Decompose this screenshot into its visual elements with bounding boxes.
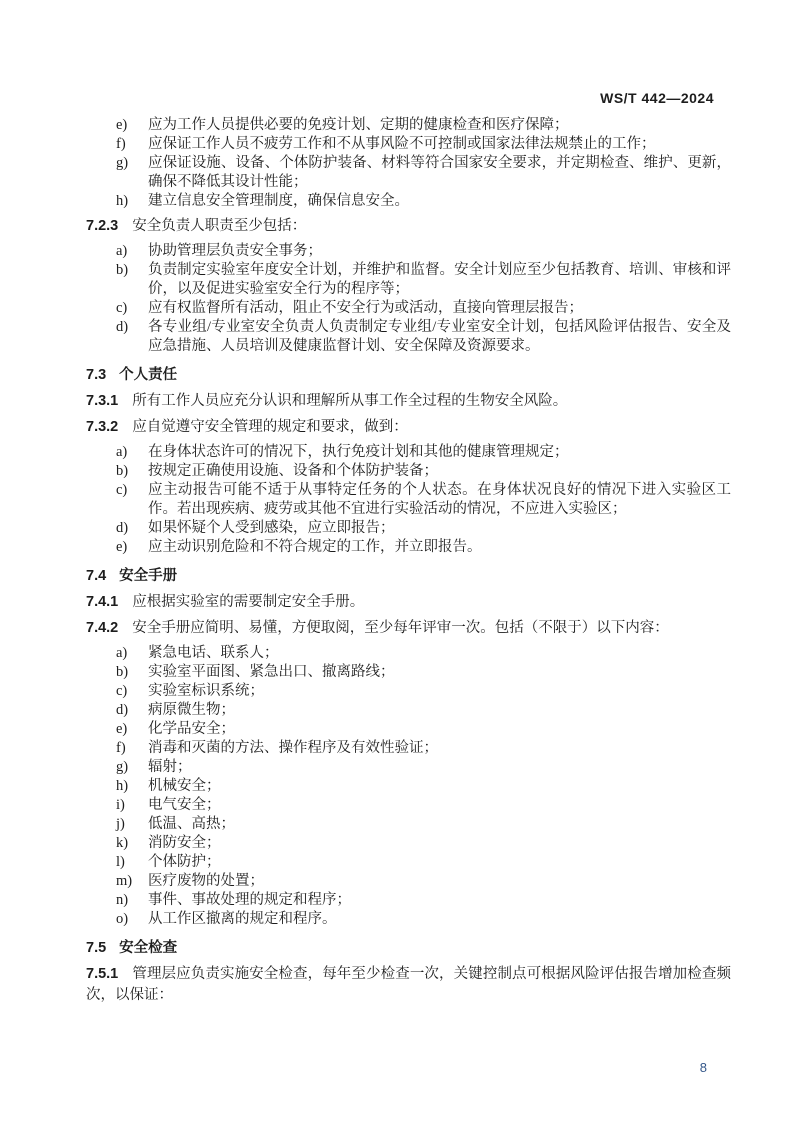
clause-number: 7.3.2 <box>86 417 118 438</box>
list-item-text: 病原微生物； <box>148 702 235 718</box>
clause-number: 7.4.2 <box>86 618 118 639</box>
list-item-label: c) <box>116 481 127 500</box>
list-item-label: h) <box>116 192 128 211</box>
list-item-text: 电气安全； <box>148 797 221 813</box>
list-item-text: 事件、事故处理的规定和程序； <box>148 892 351 908</box>
lettered-list: e)应为工作人员提供必要的免疫计划、定期的健康检查和医疗保障；f)应保证工作人员… <box>86 116 731 211</box>
clause-paragraph: 7.4.2安全手册应简明、易懂，方便取阅，至少每年评审一次。包括（不限于）以下内… <box>86 618 731 639</box>
list-item: b)实验室平面图、紧急出口、撤离路线； <box>86 663 731 682</box>
list-item-label: b) <box>116 462 128 481</box>
list-item-text: 协助管理层负责安全事务； <box>148 243 322 259</box>
list-item-text: 应主动报告可能不适于从事特定任务的个人状态。在身体状况良好的情况下进入实验区工作… <box>148 482 731 517</box>
list-item: e)应为工作人员提供必要的免疫计划、定期的健康检查和医疗保障； <box>86 116 731 135</box>
clause-paragraph: 7.3.1所有工作人员应充分认识和理解所从事工作全过程的生物安全风险。 <box>86 391 731 412</box>
list-item-label: e) <box>116 720 127 739</box>
clause-text: 应根据实验室的需要制定安全手册。 <box>132 594 364 610</box>
list-item-text: 负责制定实验室年度安全计划，并维护和监督。安全计划应至少包括教育、培训、审核和评… <box>148 262 731 297</box>
lettered-list: a)紧急电话、联系人；b)实验室平面图、紧急出口、撤离路线；c)实验室标识系统；… <box>86 644 731 929</box>
list-item-text: 建立信息安全管理制度，确保信息安全。 <box>148 193 409 209</box>
clause-text: 应自觉遵守安全管理的规定和要求，做到： <box>132 419 408 435</box>
list-item-label: i) <box>116 796 125 815</box>
section-heading: 7.4安全手册 <box>86 566 731 587</box>
list-item: d)如果怀疑个人受到感染，应立即报告； <box>86 519 731 538</box>
section-heading: 7.3个人责任 <box>86 365 731 386</box>
section-title: 安全检查 <box>119 940 177 956</box>
clause-number: 7.3.1 <box>86 391 118 412</box>
document-page: WS/T 442—2024 e)应为工作人员提供必要的免疫计划、定期的健康检查和… <box>0 0 793 1122</box>
clause-number: 7.5.1 <box>86 964 118 985</box>
list-item: f)应保证工作人员不疲劳工作和不从事风险不可控制或国家法律法规禁止的工作； <box>86 135 731 154</box>
list-item: d)各专业组/专业室安全负责人负责制定专业组/专业室安全计划，包括风险评估报告、… <box>86 318 731 356</box>
list-item: g)辐射； <box>86 758 731 777</box>
list-item: m)医疗废物的处置； <box>86 872 731 891</box>
list-item: i)电气安全； <box>86 796 731 815</box>
list-item-text: 按规定正确使用设施、设备和个体防护装备； <box>148 463 438 479</box>
list-item-text: 辐射； <box>148 759 192 775</box>
list-item-text: 紧急电话、联系人； <box>148 645 279 661</box>
list-item-label: c) <box>116 682 127 701</box>
list-item-text: 应有权监督所有活动，阻止不安全行为或活动，直接向管理层报告； <box>148 300 583 316</box>
list-item-text: 从工作区撤离的规定和程序。 <box>148 911 337 927</box>
list-item-text: 机械安全； <box>148 778 221 794</box>
list-item-text: 各专业组/专业室安全负责人负责制定专业组/专业室安全计划，包括风险评估报告、安全… <box>148 319 731 354</box>
list-item: h)建立信息安全管理制度，确保信息安全。 <box>86 192 731 211</box>
section-heading: 7.5安全检查 <box>86 938 731 959</box>
list-item-label: l) <box>116 853 125 872</box>
document-body: e)应为工作人员提供必要的免疫计划、定期的健康检查和医疗保障；f)应保证工作人员… <box>86 116 731 1011</box>
clause-text: 所有工作人员应充分认识和理解所从事工作全过程的生物安全风险。 <box>132 393 567 409</box>
section-number: 7.5 <box>86 938 106 959</box>
list-item-label: c) <box>116 299 127 318</box>
list-item: c)应主动报告可能不适于从事特定任务的个人状态。在身体状况良好的情况下进入实验区… <box>86 481 731 519</box>
lettered-list: a)在身体状态许可的情况下，执行免疫计划和其他的健康管理规定；b)按规定正确使用… <box>86 443 731 557</box>
clause-text: 安全手册应简明、易懂，方便取阅，至少每年评审一次。包括（不限于）以下内容： <box>132 620 669 636</box>
list-item: l)个体防护； <box>86 853 731 872</box>
list-item: a)协助管理层负责安全事务； <box>86 242 731 261</box>
section-number: 7.3 <box>86 365 106 386</box>
list-item: e)应主动识别危险和不符合规定的工作，并立即报告。 <box>86 538 731 557</box>
list-item-label: a) <box>116 443 127 462</box>
list-item-text: 化学品安全； <box>148 721 235 737</box>
list-item-label: g) <box>116 154 128 173</box>
list-item: a)在身体状态许可的情况下，执行免疫计划和其他的健康管理规定； <box>86 443 731 462</box>
list-item-label: m) <box>116 872 132 891</box>
list-item-label: b) <box>116 663 128 682</box>
list-item-label: b) <box>116 261 128 280</box>
clause-paragraph: 7.4.1应根据实验室的需要制定安全手册。 <box>86 592 731 613</box>
list-item-label: f) <box>116 135 126 154</box>
list-item: h)机械安全； <box>86 777 731 796</box>
list-item: a)紧急电话、联系人； <box>86 644 731 663</box>
list-item-label: a) <box>116 644 127 663</box>
list-item-text: 应保证工作人员不疲劳工作和不从事风险不可控制或国家法律法规禁止的工作； <box>148 136 656 152</box>
list-item-text: 实验室平面图、紧急出口、撤离路线； <box>148 664 395 680</box>
list-item-text: 实验室标识系统； <box>148 683 264 699</box>
list-item: b)按规定正确使用设施、设备和个体防护装备； <box>86 462 731 481</box>
list-item-text: 在身体状态许可的情况下，执行免疫计划和其他的健康管理规定； <box>148 444 569 460</box>
list-item-text: 个体防护； <box>148 854 221 870</box>
standard-number: WS/T 442—2024 <box>600 90 714 106</box>
list-item-text: 应保证设施、设备、个体防护装备、材料等符合国家安全要求，并定期检查、维护、更新，… <box>148 155 731 190</box>
list-item-label: j) <box>116 815 125 834</box>
list-item-text: 应为工作人员提供必要的免疫计划、定期的健康检查和医疗保障； <box>148 117 569 133</box>
list-item-label: g) <box>116 758 128 777</box>
list-item: k)消防安全； <box>86 834 731 853</box>
list-item: g)应保证设施、设备、个体防护装备、材料等符合国家安全要求，并定期检查、维护、更… <box>86 154 731 192</box>
lettered-list: a)协助管理层负责安全事务；b)负责制定实验室年度安全计划，并维护和监督。安全计… <box>86 242 731 356</box>
clause-number: 7.2.3 <box>86 216 118 237</box>
list-item-label: o) <box>116 910 128 929</box>
section-title: 安全手册 <box>119 568 177 584</box>
list-item-label: h) <box>116 777 128 796</box>
list-item-text: 消毒和灭菌的方法、操作程序及有效性验证； <box>148 740 438 756</box>
list-item-label: f) <box>116 739 126 758</box>
clause-paragraph: 7.3.2应自觉遵守安全管理的规定和要求，做到： <box>86 417 731 438</box>
section-title: 个人责任 <box>119 367 177 383</box>
list-item: j)低温、高热； <box>86 815 731 834</box>
list-item-label: d) <box>116 318 128 337</box>
list-item-text: 如果怀疑个人受到感染，应立即报告； <box>148 520 395 536</box>
list-item-text: 消防安全； <box>148 835 221 851</box>
list-item-label: d) <box>116 519 128 538</box>
clause-number: 7.4.1 <box>86 592 118 613</box>
list-item: c)实验室标识系统； <box>86 682 731 701</box>
page-header: WS/T 442—2024 <box>86 90 714 106</box>
list-item: d)病原微生物； <box>86 701 731 720</box>
list-item: n)事件、事故处理的规定和程序； <box>86 891 731 910</box>
list-item-label: e) <box>116 116 127 135</box>
list-item: b)负责制定实验室年度安全计划，并维护和监督。安全计划应至少包括教育、培训、审核… <box>86 261 731 299</box>
list-item-label: a) <box>116 242 127 261</box>
list-item-label: e) <box>116 538 127 557</box>
list-item-text: 低温、高热； <box>148 816 235 832</box>
list-item-text: 医疗废物的处置； <box>148 873 264 889</box>
list-item-label: n) <box>116 891 128 910</box>
list-item: c)应有权监督所有活动，阻止不安全行为或活动，直接向管理层报告； <box>86 299 731 318</box>
list-item-text: 应主动识别危险和不符合规定的工作，并立即报告。 <box>148 539 482 555</box>
clause-text: 管理层应负责实施安全检查，每年至少检查一次，关键控制点可根据风险评估报告增加检查… <box>86 966 731 1003</box>
clause-paragraph: 7.5.1管理层应负责实施安全检查，每年至少检查一次，关键控制点可根据风险评估报… <box>86 964 731 1006</box>
list-item: f)消毒和灭菌的方法、操作程序及有效性验证； <box>86 739 731 758</box>
page-footer: 8 <box>86 1060 731 1075</box>
list-item: o)从工作区撤离的规定和程序。 <box>86 910 731 929</box>
clause-paragraph: 7.2.3安全负责人职责至少包括： <box>86 216 731 237</box>
clause-text: 安全负责人职责至少包括： <box>132 218 306 234</box>
section-number: 7.4 <box>86 566 106 587</box>
list-item: e)化学品安全； <box>86 720 731 739</box>
list-item-label: d) <box>116 701 128 720</box>
page-number: 8 <box>700 1060 707 1075</box>
list-item-label: k) <box>116 834 128 853</box>
